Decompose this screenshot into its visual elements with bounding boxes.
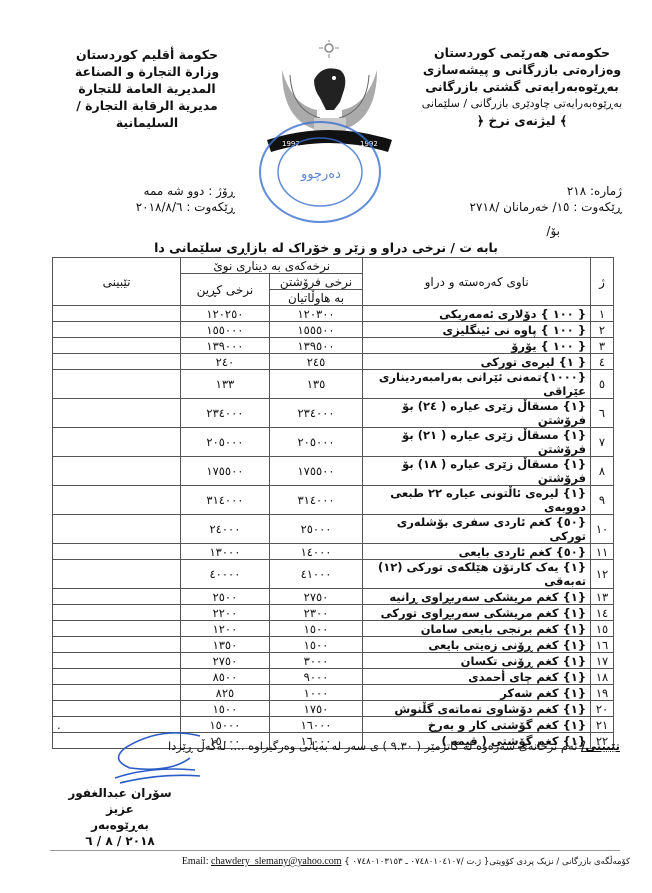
- row-sell-price: ٢٠٥٠٠٠: [269, 428, 363, 457]
- row-index: ١٧: [591, 653, 614, 669]
- row-sell-price: ٣٠٠٠: [269, 653, 363, 669]
- row-index: ١٩: [591, 685, 614, 701]
- row-note: [53, 457, 181, 486]
- row-note: [53, 589, 181, 605]
- date-kurdish-label: ڕێکەوت :: [573, 200, 622, 214]
- date-kurdish-value: ١٥/ خەرمانان /٢٧١٨: [470, 200, 570, 214]
- signature-date: ٢٠١٨ / ٨ / ٦: [60, 833, 180, 849]
- email-link[interactable]: chawdery_slemany@yahoo.com: [211, 856, 342, 867]
- row-item: {١} کغم دۆشاوی تەماتەی گڵنوش: [363, 701, 591, 717]
- number-value: ٢١٨: [567, 184, 586, 198]
- table-row: ١١{٥٠} کغم ئاردی بایعی١٤٠٠٠١٣٠٠٠: [53, 544, 614, 560]
- row-index: ١٨: [591, 669, 614, 685]
- row-buy-price: ١٥٠٠: [181, 701, 270, 717]
- row-sell-price: ١٧٥٠: [269, 701, 363, 717]
- signatory-title: بەڕێوەبەر: [60, 817, 180, 833]
- row-sell-price: ١٠٠٠: [269, 685, 363, 701]
- footer: Email: chawdery_slemany@yahoo.com کۆمەڵگ…: [100, 856, 630, 867]
- stamp-text: دەرچوو: [300, 167, 341, 182]
- row-sell-price: ٢٤٥: [269, 354, 363, 370]
- row-sell-price: ٤١٠٠٠: [269, 560, 363, 589]
- row-item: {١} لیرەی ئاڵتونی عیارە ٢٢ طبعی دووبەی: [363, 486, 591, 515]
- table-row: ١٤{١} کغم مریشکی سەربڕاوی تورکی٢٣٠٠٢٢٠٠: [53, 605, 614, 621]
- day-value: دوو شه ممه: [144, 184, 205, 198]
- row-buy-price: ٢٠٥٠٠٠: [181, 428, 270, 457]
- table-row: ١٠{٥٠} کغم ئاردی سفری بۆشلەری تورکی٢٥٠٠٠…: [53, 515, 614, 544]
- row-note: [53, 399, 181, 428]
- row-note: [53, 653, 181, 669]
- row-note: [53, 560, 181, 589]
- header-notes: تێبینی: [53, 258, 181, 306]
- row-note: [53, 544, 181, 560]
- table-row: ٦{١} مسقاڵ زێری عیارە ( ٢٤) بۆ فرۆشتن٢٣٤…: [53, 399, 614, 428]
- row-index: ٨: [591, 457, 614, 486]
- row-item: {١} مسقاڵ زێری عیارە ( ١٨) بۆ فرۆشتن: [363, 457, 591, 486]
- row-index: ٢٠: [591, 701, 614, 717]
- row-buy-price: ١٥٥٠٠٠: [181, 322, 270, 338]
- row-index: ١٥: [591, 621, 614, 637]
- header-arabic: حكومة أقليم كوردستان وزارة التجارة و الص…: [52, 46, 242, 131]
- table-row: ١٧{١} کغم ڕۆنی تکسان٣٠٠٠٢٧٥٠: [53, 653, 614, 669]
- header-arabic-line4: مديرية الرقابة التجارة / السليمانية: [52, 97, 242, 131]
- row-note: [53, 605, 181, 621]
- row-note: [53, 338, 181, 354]
- table-row: ١٥{١} کغم برنجی بایعی سامان١٥٠٠١٢٠٠: [53, 621, 614, 637]
- table-row: ١٦{١} کغم ڕۆنی زەیتی بایعی١٥٠٠١٣٥٠: [53, 637, 614, 653]
- row-buy-price: ١٣٩٠٠٠: [181, 338, 270, 354]
- row-note: [53, 685, 181, 701]
- table-row: ٩{١} لیرەی ئاڵتونی عیارە ٢٢ طبعی دووبەی٣…: [53, 486, 614, 515]
- table-row: ٨{١} مسقاڵ زێری عیارە ( ١٨) بۆ فرۆشتن١٧٥…: [53, 457, 614, 486]
- table-row: ١٩{١} کغم شەکر١٠٠٠٨٢٥: [53, 685, 614, 701]
- header-kurdish: حکومەتی هەرێمی کوردستان وەزارەتی بازرگان…: [412, 44, 632, 129]
- row-item: {١} یەک کارتۆن هێلکەی تورکی (١٢) تەبەقی: [363, 560, 591, 589]
- row-sell-price: ١٣٥: [269, 370, 363, 399]
- row-index: ٢: [591, 322, 614, 338]
- row-buy-price: ١٣٥٠: [181, 637, 270, 653]
- row-buy-price: ١٧٥٥٠٠: [181, 457, 270, 486]
- row-index: ١٢: [591, 560, 614, 589]
- header-buy: نرخی کڕین: [181, 274, 270, 306]
- header-kurdish-line4: بەڕێوەبەرایەتی چاودێری بازرگانی / سلێمان…: [412, 95, 632, 112]
- to-label: بۆ/: [546, 224, 560, 238]
- row-buy-price: ١٢٠٠: [181, 621, 270, 637]
- row-sell-price: ٢٥٠٠٠: [269, 515, 363, 544]
- header-index: ژ: [591, 258, 614, 306]
- header-kurdish-line3: بەڕێوەبەرایەتی گشتی بازرگانی: [412, 78, 632, 95]
- row-index: ٦: [591, 399, 614, 428]
- row-sell-price: ١٥٠٠: [269, 621, 363, 637]
- row-buy-price: ٤٠٠٠٠: [181, 560, 270, 589]
- row-note: [53, 486, 181, 515]
- header-arabic-line1: حكومة أقليم كوردستان: [52, 46, 242, 63]
- header-price-group: نرخەکەی بە دیناری نوێ: [181, 258, 363, 274]
- official-stamp-icon: دەرچوو: [255, 120, 385, 225]
- row-sell-price: ٢٧٥٠: [269, 589, 363, 605]
- row-note: [53, 306, 181, 322]
- footnote-text: ئەم نرخانەی سەرەوە لە کاتژمێر ( ٩.٣٠ ) ی…: [168, 739, 581, 753]
- footnote-label: تێبینی/: [581, 739, 620, 753]
- row-sell-price: ٢٣٠٠: [269, 605, 363, 621]
- header-arabic-line3: المديرية العامة للتجارة: [52, 80, 242, 97]
- table-row: ١٨{١} کغم چای أحمدی٩٠٠٠٨٥٠٠: [53, 669, 614, 685]
- row-item: {٥٠} کغم ئاردی بایعی: [363, 544, 591, 560]
- row-index: ٧: [591, 428, 614, 457]
- row-note: [53, 669, 181, 685]
- table-row: ١{ ١٠٠ } دۆلاری ئەمەریکی١٢٠٣٠٠١٢٠٢٥٠: [53, 306, 614, 322]
- document-meta-right: ژمارە: ٢١٨ ڕێکەوت : ١٥/ خەرمانان /٢٧١٨: [422, 183, 622, 215]
- row-sell-price: ١٥٠٠: [269, 637, 363, 653]
- row-sell-price: ١٧٥٥٠٠: [269, 457, 363, 486]
- row-index: ٥: [591, 370, 614, 399]
- row-buy-price: ١٣٣: [181, 370, 270, 399]
- row-note: [53, 621, 181, 637]
- header-sell-sub: بە هاوڵاتیان: [269, 290, 363, 306]
- row-item: {١} کغم ڕۆنی تکسان: [363, 653, 591, 669]
- header-sell: نرخی فرۆشتن: [269, 274, 363, 290]
- row-index: ٤: [591, 354, 614, 370]
- row-sell-price: ١٦٠٠٠: [269, 717, 363, 733]
- date-value: ٢٠١٨/٨/٦: [136, 200, 183, 214]
- row-index: ١٠: [591, 515, 614, 544]
- row-item: { ١} لیرەی تورکی: [363, 354, 591, 370]
- date-label: ڕێکەوت :: [186, 200, 235, 214]
- row-buy-price: ٢٢٠٠: [181, 605, 270, 621]
- row-item: {١} کغم برنجی بایعی سامان: [363, 621, 591, 637]
- email-label: Email:: [182, 856, 209, 867]
- row-item: {١} کغم مریشکی سەربڕاوی ڕانیە: [363, 589, 591, 605]
- row-buy-price: ٢٧٥٠: [181, 653, 270, 669]
- row-buy-price: ٢٥٠٠: [181, 589, 270, 605]
- footer-divider: [50, 850, 620, 851]
- row-note: [53, 370, 181, 399]
- subject-line: بابه ت / نرخی دراو و زێر و خۆراک لە بازا…: [0, 240, 652, 255]
- row-sell-price: ١٤٠٠٠: [269, 544, 363, 560]
- table-row: ١٢{١} یەک کارتۆن هێلکەی تورکی (١٢) تەبەق…: [53, 560, 614, 589]
- signature-scribble-icon: [100, 728, 210, 788]
- row-item: {١} کغم ڕۆنی زەیتی بایعی: [363, 637, 591, 653]
- price-table: ژ ناوی کەرەستە و دراو نرخەکەی بە دیناری …: [52, 257, 614, 749]
- table-row: ١٣{١} کغم مریشکی سەربڕاوی ڕانیە٢٧٥٠٢٥٠٠: [53, 589, 614, 605]
- number-label: ژمارە:: [590, 184, 622, 198]
- row-item: { ١٠٠ } پاوه نی ئینگلیزی: [363, 322, 591, 338]
- table-row: ٧{١} مسقاڵ زێری عیارە ( ٢١) بۆ فرۆشتن٢٠٥…: [53, 428, 614, 457]
- header-item: ناوی کەرەستە و دراو: [363, 258, 591, 306]
- signature-block: سۆران عبدالغفور عزیز بەڕێوەبەر ٢٠١٨ / ٨ …: [60, 785, 180, 849]
- row-buy-price: ٨٥٠٠: [181, 669, 270, 685]
- row-sell-price: ٣١٤٠٠٠: [269, 486, 363, 515]
- row-sell-price: ٩٠٠٠: [269, 669, 363, 685]
- row-note: [53, 515, 181, 544]
- table-row: ٤{ ١} لیرەی تورکی٢٤٥٢٤٠: [53, 354, 614, 370]
- header-kurdish-line2: وەزارەتی بازرگانی و پیشەسازی: [412, 61, 632, 78]
- row-buy-price: ١٢٠٢٥٠: [181, 306, 270, 322]
- row-index: ١٦: [591, 637, 614, 653]
- row-item: {٥٠} کغم ئاردی سفری بۆشلەری تورکی: [363, 515, 591, 544]
- row-item: {١} کغم گۆشتی کار و بەرخ: [363, 717, 591, 733]
- table-row: ٢٠{١} کغم دۆشاوی تەماتەی گڵنوش١٧٥٠١٥٠٠: [53, 701, 614, 717]
- row-index: ٢١: [591, 717, 614, 733]
- row-index: ١٤: [591, 605, 614, 621]
- row-buy-price: ٣١٤٠٠٠: [181, 486, 270, 515]
- row-item: { ١٠٠ } دۆلاری ئەمەریکی: [363, 306, 591, 322]
- header-arabic-line2: وزارة التجارة و الصناعة: [52, 63, 242, 80]
- row-item: {١} مسقاڵ زێری عیارە ( ٢١) بۆ فرۆشتن: [363, 428, 591, 457]
- row-item: {١} مسقاڵ زێری عیارە ( ٢٤) بۆ فرۆشتن: [363, 399, 591, 428]
- row-sell-price: ١٣٩٥٠٠: [269, 338, 363, 354]
- row-sell-price: ١٥٥٥٠٠: [269, 322, 363, 338]
- row-index: ٩: [591, 486, 614, 515]
- row-buy-price: ٨٢٥: [181, 685, 270, 701]
- row-index: ١: [591, 306, 614, 322]
- row-item: {١} کغم چای أحمدی: [363, 669, 591, 685]
- document-meta-left: ڕۆژ : دوو شه ممه ڕێکەوت : ٢٠١٨/٨/٦: [75, 183, 235, 215]
- row-index: ٣: [591, 338, 614, 354]
- row-sell-price: ١٢٠٣٠٠: [269, 306, 363, 322]
- day-label: ڕۆژ :: [208, 184, 235, 198]
- row-index: ١١: [591, 544, 614, 560]
- header-kurdish-line1: حکومەتی هەرێمی کوردستان: [412, 44, 632, 61]
- signatory-name: سۆران عبدالغفور عزیز: [60, 785, 180, 817]
- row-buy-price: ٢٣٤٠٠٠: [181, 399, 270, 428]
- footer-address: کۆمەڵگەی بازرگانی / نزیک پردی کۆویتی{ ژ.…: [344, 857, 630, 867]
- row-buy-price: ٢٤٠٠٠: [181, 515, 270, 544]
- row-note: [53, 354, 181, 370]
- row-note: [53, 701, 181, 717]
- header-kurdish-line5: ﴾ لیژنەی نرخ ﴿: [412, 112, 632, 129]
- row-note: [53, 428, 181, 457]
- row-sell-price: ٢٣٤٠٠٠: [269, 399, 363, 428]
- row-item: { ١٠٠ } یۆرۆ: [363, 338, 591, 354]
- table-row: ٣{ ١٠٠ } یۆرۆ١٣٩٥٠٠١٣٩٠٠٠: [53, 338, 614, 354]
- row-note: [53, 322, 181, 338]
- row-item: {١} کغم شەکر: [363, 685, 591, 701]
- row-item: {١} کغم مریشکی سەربڕاوی تورکی: [363, 605, 591, 621]
- row-item: {١٠٠٠}تمەنی ئێرانی بەرامبەردیناری عێراقی: [363, 370, 591, 399]
- row-note: [53, 637, 181, 653]
- row-buy-price: ٢٤٠: [181, 354, 270, 370]
- row-index: ١٣: [591, 589, 614, 605]
- row-buy-price: ١٣٠٠٠: [181, 544, 270, 560]
- table-row: ٢{ ١٠٠ } پاوه نی ئینگلیزی١٥٥٥٠٠١٥٥٠٠٠: [53, 322, 614, 338]
- table-row: ٥{١٠٠٠}تمەنی ئێرانی بەرامبەردیناری عێراق…: [53, 370, 614, 399]
